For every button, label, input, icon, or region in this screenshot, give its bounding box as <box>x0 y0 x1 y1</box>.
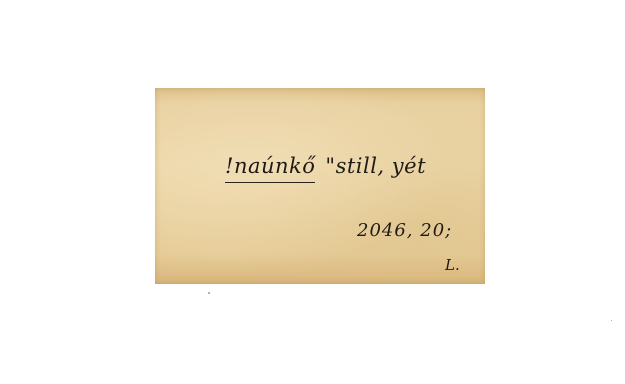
handwritten-line-2: 2046, 20; <box>357 220 452 241</box>
handwritten-initial: L. <box>445 256 460 274</box>
handwritten-line-1: !naúnkő"still, yét <box>225 154 426 183</box>
speck <box>611 320 612 321</box>
handwritten-card: !naúnkő"still, yét 2046, 20; L. <box>155 88 485 284</box>
speck <box>208 292 210 294</box>
line-1-rest: "still, yét <box>325 154 426 178</box>
underlined-word: !naúnkő <box>225 154 315 183</box>
